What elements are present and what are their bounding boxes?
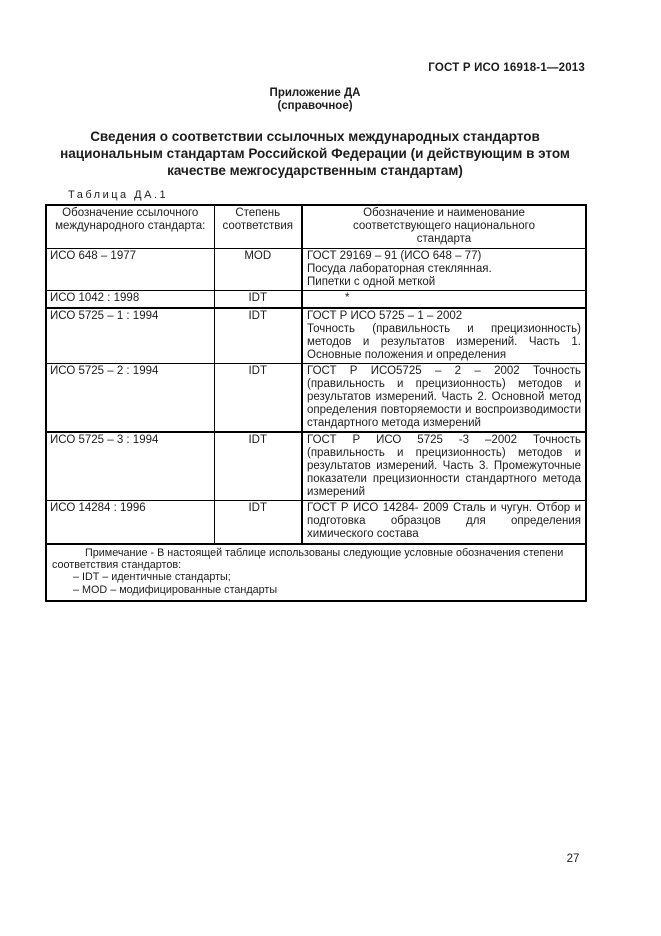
note-row: Примечание - В настоящей таблице использ… xyxy=(46,544,586,601)
table-row: ИСО 5725 – 3 : 1994IDTГОСТ Р ИСО 5725 -3… xyxy=(46,432,586,500)
cell-paragraph: ГОСТ Р ИСО 14284- 2009 Сталь и чугун. От… xyxy=(307,502,581,540)
page-title-line: качестве межгосударственным стандартам) xyxy=(45,162,585,179)
appendix-label: Приложение ДА xyxy=(45,87,585,100)
table-row: ИСО 5725 – 1 : 1994IDTГОСТ Р ИСО 5725 – … xyxy=(46,308,586,364)
national-standard-cell: ГОСТ Р ИСО5725 – 2 – 2002 Точность (прав… xyxy=(302,364,586,432)
reference-standard-cell: ИСО 5725 – 3 : 1994 xyxy=(46,432,214,500)
degree-cell: IDT xyxy=(214,432,302,500)
correspondence-table: Обозначение ссылочногомеждународного ста… xyxy=(45,204,587,602)
cell-paragraph: * xyxy=(307,292,581,305)
page-title: Сведения о соответствии ссылочных междун… xyxy=(45,128,585,179)
degree-cell: IDT xyxy=(214,308,302,364)
reference-standard-cell: ИСО 1042 : 1998 xyxy=(46,291,214,308)
table-row: ИСО 14284 : 1996IDTГОСТ Р ИСО 14284- 200… xyxy=(46,501,586,544)
reference-standard-cell: ИСО 14284 : 1996 xyxy=(46,501,214,544)
column-header: Степеньсоответствия xyxy=(214,205,302,249)
note-item: – IDT – идентичные стандарты; xyxy=(52,571,580,583)
national-standard-cell: ГОСТ Р ИСО 14284- 2009 Сталь и чугун. От… xyxy=(302,501,586,544)
cell-paragraph: Посуда лабораторная стеклянная. xyxy=(307,263,581,276)
cell-paragraph: Пипетки с одной меткой xyxy=(307,276,581,289)
cell-paragraph: ГОСТ Р ИСО5725 – 2 – 2002 Точность (прав… xyxy=(307,365,581,429)
degree-cell: MOD xyxy=(214,249,302,291)
note-line: соответствия стандартов: xyxy=(52,559,580,571)
reference-standard-cell: ИСО 5725 – 1 : 1994 xyxy=(46,308,214,364)
table-row: ИСО 1042 : 1998IDT* xyxy=(46,291,586,308)
national-standard-cell: * xyxy=(302,291,586,308)
table-header-row: Обозначение ссылочногомеждународного ста… xyxy=(46,205,586,249)
table-row: ИСО 648 – 1977MODГОСТ 29169 – 91 (ИСО 64… xyxy=(46,249,586,291)
table-caption: Таблица ДА.1 xyxy=(68,189,585,202)
degree-cell: IDT xyxy=(214,501,302,544)
page-content: ГОСТ Р ИСО 16918-1—2013 Приложение ДА (с… xyxy=(45,0,585,602)
document-page: ГОСТ Р ИСО 16918-1—2013 Приложение ДА (с… xyxy=(0,0,661,936)
cell-paragraph: Точность (правильность и прецизионность)… xyxy=(307,323,581,361)
degree-cell: IDT xyxy=(214,291,302,308)
cell-paragraph: ГОСТ 29169 – 91 (ИСО 648 – 77) xyxy=(307,250,581,263)
column-header: Обозначение ссылочногомеждународного ста… xyxy=(46,205,214,249)
cell-paragraph: ГОСТ Р ИСО 5725 – 1 – 2002 xyxy=(307,310,581,323)
column-header: Обозначение и наименованиесоответствующе… xyxy=(302,205,586,249)
reference-standard-cell: ИСО 648 – 1977 xyxy=(46,249,214,291)
table-note: Примечание - В настоящей таблице использ… xyxy=(46,544,586,601)
note-line: Примечание - В настоящей таблице использ… xyxy=(52,547,580,559)
page-number: 27 xyxy=(561,853,585,865)
cell-paragraph: ГОСТ Р ИСО 5725 -3 –2002 Точность (прави… xyxy=(307,434,581,498)
appendix-kind: (справочное) xyxy=(45,100,585,113)
national-standard-cell: ГОСТ Р ИСО 5725 – 1 – 2002Точность (прав… xyxy=(302,308,586,364)
table-row: ИСО 5725 – 2 : 1994IDTГОСТ Р ИСО5725 – 2… xyxy=(46,364,586,432)
reference-standard-cell: ИСО 5725 – 2 : 1994 xyxy=(46,364,214,432)
note-item: – MOD – модифицированные стандарты xyxy=(52,584,580,596)
degree-cell: IDT xyxy=(214,364,302,432)
national-standard-cell: ГОСТ Р ИСО 5725 -3 –2002 Точность (прави… xyxy=(302,432,586,500)
national-standard-cell: ГОСТ 29169 – 91 (ИСО 648 – 77)Посуда лаб… xyxy=(302,249,586,291)
page-title-line: национальным стандартам Российской Федер… xyxy=(45,145,585,162)
doc-code: ГОСТ Р ИСО 16918-1—2013 xyxy=(45,0,585,75)
page-title-line: Сведения о соответствии ссылочных междун… xyxy=(45,128,585,145)
